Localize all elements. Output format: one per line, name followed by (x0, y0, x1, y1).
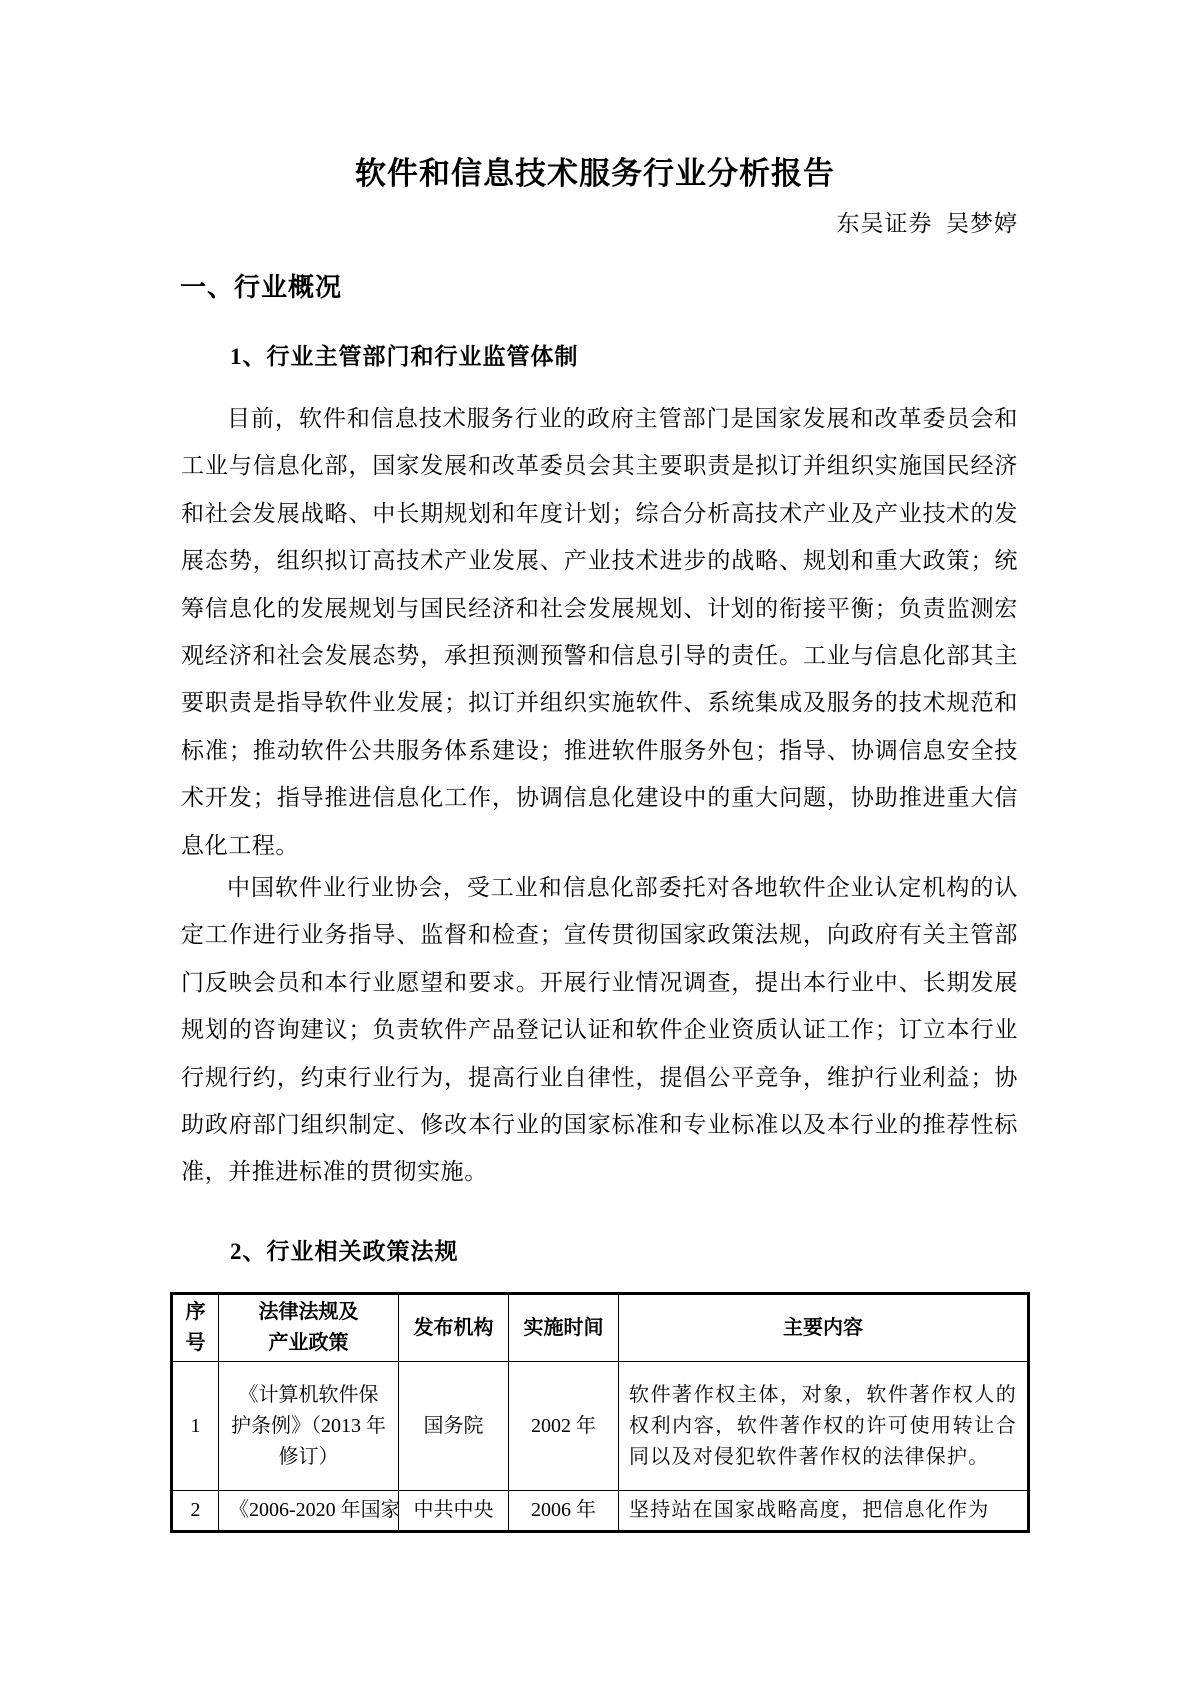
table-row: 2 《2006-2020 年国家 中共中央 2006 年 坚持站在国家战略高度，… (172, 1491, 1029, 1532)
cell-org: 中共中央 (399, 1491, 509, 1532)
cell-date: 2006 年 (509, 1491, 619, 1532)
header-date: 实施时间 (509, 1294, 619, 1362)
header-org: 发布机构 (399, 1294, 509, 1362)
cell-no: 2 (172, 1491, 219, 1532)
header-content: 主要内容 (619, 1294, 1029, 1362)
cell-content: 软件著作权主体，对象，软件著作权人的权利内容，软件著作权的许可使用转让合同以及对… (619, 1362, 1029, 1491)
cell-org: 国务院 (399, 1362, 509, 1491)
cell-name: 《计算机软件保护条例》（2013 年修订） (219, 1362, 399, 1491)
cell-content: 坚持站在国家战略高度，把信息化作为 (619, 1491, 1029, 1532)
header-no: 序号 (172, 1294, 219, 1362)
paragraph-industry-association: 中国软件业行业协会，受工业和信息化部委托对各地软件企业认定机构的认定工作进行业务… (181, 864, 1018, 1196)
report-author: 东吴证券 吴梦婷 (837, 206, 1019, 242)
policy-table: 序号 法律法规及 产业政策 发布机构 实施时间 主要内容 1 《计算机软件保护条… (170, 1292, 1030, 1533)
paragraph-regulators: 目前，软件和信息技术服务行业的政府主管部门是国家发展和改革委员会和工业与信息化部… (181, 395, 1018, 869)
document-page: 软件和信息技术服务行业分析报告 东吴证券 吴梦婷 一、行业概况 1、行业主管部门… (0, 0, 1190, 1683)
report-title: 软件和信息技术服务行业分析报告 (0, 152, 1190, 196)
subsection-heading-policies: 2、行业相关政策法规 (230, 1234, 459, 1270)
header-name: 法律法规及 产业政策 (219, 1294, 399, 1362)
cell-no: 1 (172, 1362, 219, 1491)
subsection-heading-regulators: 1、行业主管部门和行业监管体制 (230, 339, 579, 375)
table-header-row: 序号 法律法规及 产业政策 发布机构 实施时间 主要内容 (172, 1294, 1029, 1362)
table-row: 1 《计算机软件保护条例》（2013 年修订） 国务院 2002 年 软件著作权… (172, 1362, 1029, 1491)
cell-date: 2002 年 (509, 1362, 619, 1491)
section-heading-overview: 一、行业概况 (180, 268, 342, 308)
cell-name: 《2006-2020 年国家 (219, 1491, 399, 1532)
